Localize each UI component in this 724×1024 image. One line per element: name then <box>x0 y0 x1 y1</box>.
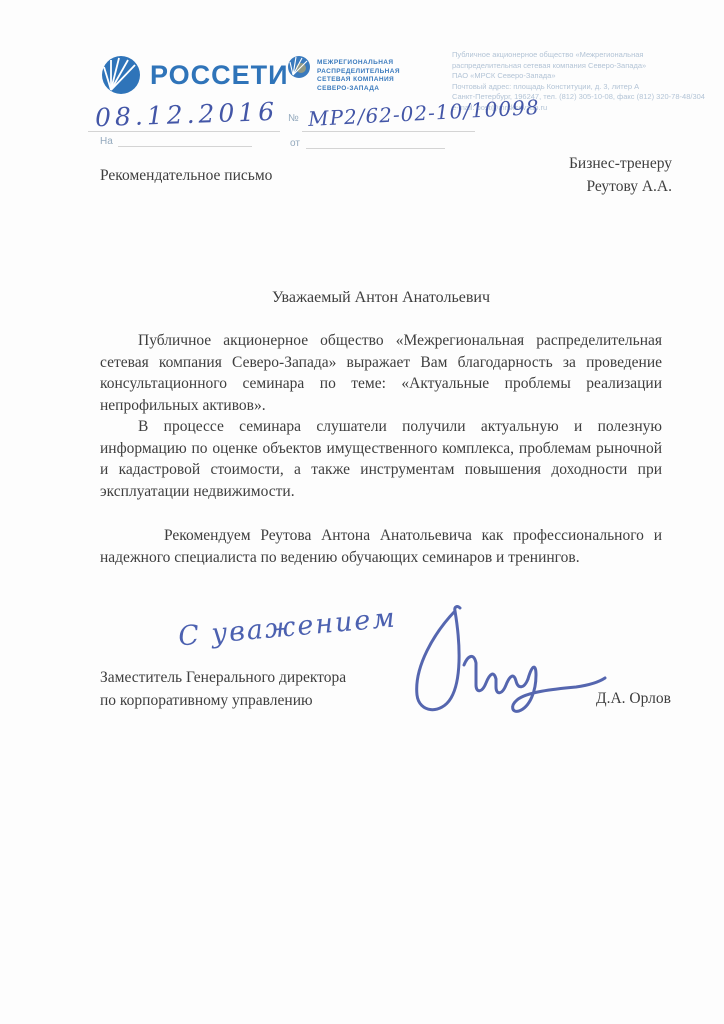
addressee-block: Бизнес-тренеру Реутову А.А. <box>569 152 672 198</box>
rosseti-logo-text: РОССЕТИ <box>150 60 289 91</box>
rosseti-logo: РОССЕТИ <box>100 54 289 96</box>
org-info-line: распределительная сетевая компания Север… <box>452 61 684 72</box>
document-type: Рекомендательное письмо <box>100 167 272 185</box>
signer-name: Д.А. Орлов <box>596 690 671 708</box>
addressee-role: Бизнес-тренеру <box>569 152 672 175</box>
na-label: На <box>100 136 113 147</box>
paragraph-2: В процессе семинара слушатели получили а… <box>100 416 662 502</box>
handwritten-outgoing-number: МР2/62-02-10/10098 <box>308 95 541 131</box>
salutation: Уважаемый Антон Анатольевич <box>100 289 662 307</box>
paragraph-3: Рекомендуем Реутова Антона Анатольевича … <box>100 525 662 568</box>
signer-title-line: по корпоративному управлению <box>100 689 346 712</box>
mrsk-logo-line: МЕЖРЕГИОНАЛЬНАЯ <box>317 59 393 66</box>
mrsk-logo-line: СЕВЕРО-ЗАПАДА <box>317 85 379 92</box>
handwritten-date: 08.12.2016 <box>95 97 279 132</box>
mrsk-logo: МЕЖРЕГИОНАЛЬНАЯ РАСПРЕДЕЛИТЕЛЬНАЯ СЕТЕВА… <box>287 55 400 93</box>
date-underline <box>88 131 280 132</box>
letter-body: Публичное акционерное общество «Межрегио… <box>100 330 662 568</box>
rosseti-globe-icon <box>100 54 142 96</box>
number-underline <box>302 131 475 132</box>
org-info-line: Почтовый адрес: площадь Конституции, д. … <box>452 82 684 93</box>
signer-title: Заместитель Генерального директора по ко… <box>100 666 346 712</box>
mrsk-globe-icon <box>287 55 311 79</box>
letter-page: РОССЕТИ МЕЖРЕГИОНАЛЬНАЯ РАСПРЕДЕЛИТЕЛЬНА… <box>0 0 724 1024</box>
org-info-line: ПАО «МРСК Северо-Запада» <box>452 71 684 82</box>
ot-underline <box>306 148 445 149</box>
signer-title-line: Заместитель Генерального директора <box>100 666 346 689</box>
mrsk-logo-line: РАСПРЕДЕЛИТЕЛЬНАЯ <box>317 68 400 75</box>
paragraph-1: Публичное акционерное общество «Межрегио… <box>100 330 662 416</box>
mrsk-logo-text: МЕЖРЕГИОНАЛЬНАЯ РАСПРЕДЕЛИТЕЛЬНАЯ СЕТЕВА… <box>317 55 400 93</box>
signature-autograph-icon <box>358 603 608 733</box>
mrsk-logo-line: СЕТЕВАЯ КОМПАНИЯ <box>317 76 394 83</box>
addressee-name: Реутову А.А. <box>569 175 672 198</box>
ot-label: от <box>290 138 300 149</box>
org-info-line: Публичное акционерное общество «Межрегио… <box>452 50 684 61</box>
na-underline <box>118 146 252 147</box>
number-label: № <box>288 113 299 124</box>
